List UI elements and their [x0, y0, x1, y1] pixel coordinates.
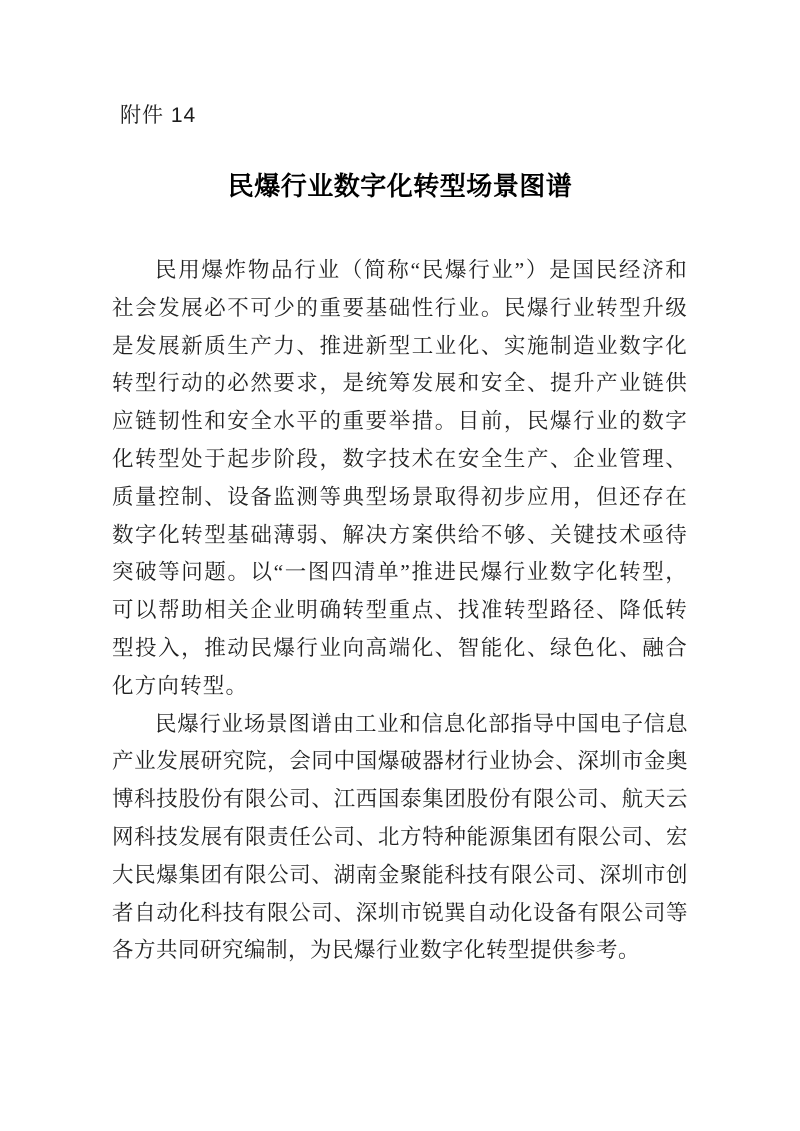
- body-paragraph: 民用爆炸物品行业（简称“民爆行业”）是国民经济和社会发展必不可少的重要基础性行业…: [112, 252, 688, 706]
- document-page: 附件 14 民爆行业数字化转型场景图谱 民用爆炸物品行业（简称“民爆行业”）是国…: [0, 0, 800, 1131]
- document-title: 民爆行业数字化转型场景图谱: [112, 169, 688, 205]
- attachment-label: 附件 14: [120, 103, 688, 129]
- body-paragraph: 民爆行业场景图谱由工业和信息化部指导中国电子信息产业发展研究院，会同中国爆破器材…: [112, 706, 688, 971]
- document-body: 民用爆炸物品行业（简称“民爆行业”）是国民经济和社会发展必不可少的重要基础性行业…: [112, 252, 688, 970]
